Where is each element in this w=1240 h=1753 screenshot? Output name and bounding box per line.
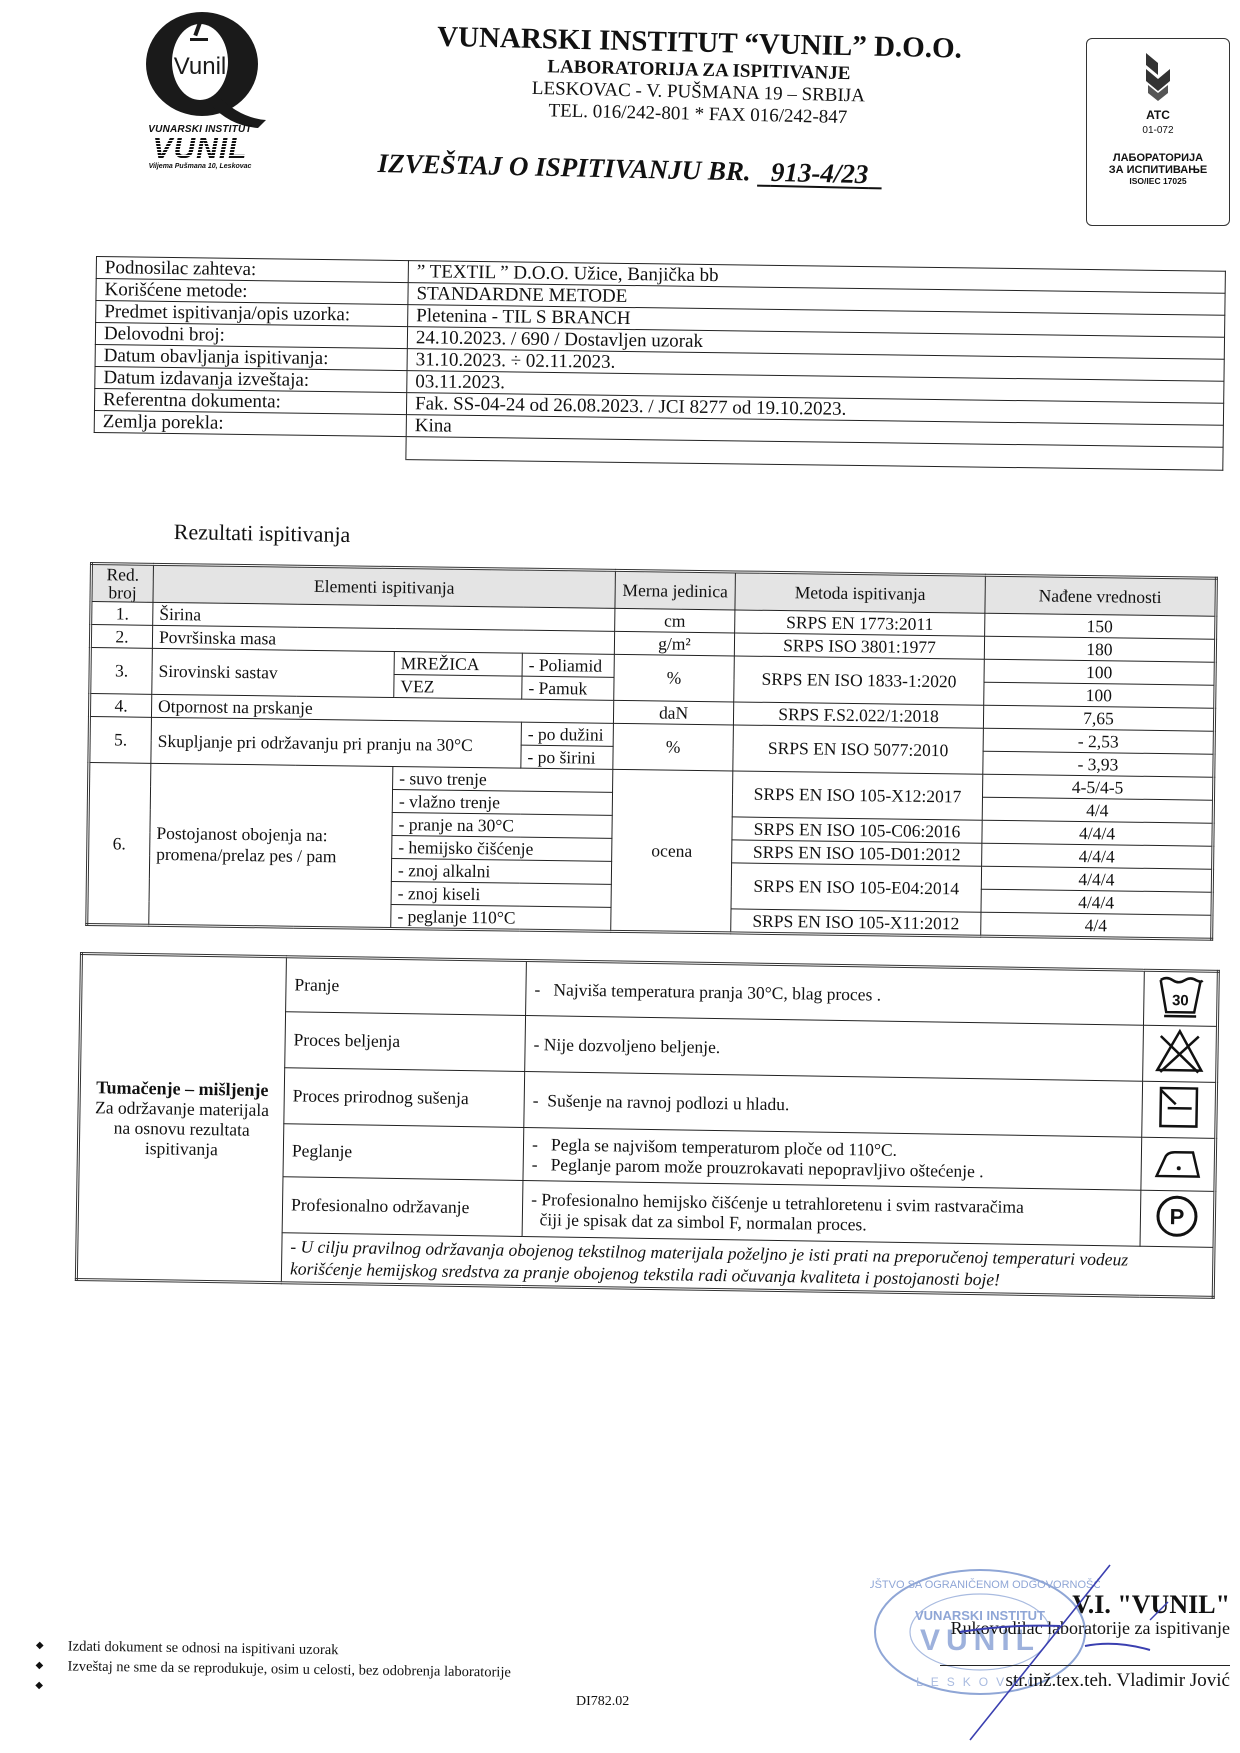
atc-standard: ISO/IEC 17025: [1087, 176, 1229, 186]
svg-text:Vunil: Vunil: [174, 53, 226, 80]
bullet-icon: ◆: [35, 1656, 67, 1676]
accreditation-badge: ATC 01-072 ЛАБОРАТОРИЈА ЗА ИСПИТИВАЊЕ IS…: [1086, 38, 1230, 226]
row-no: 6.: [87, 763, 151, 926]
row-method: SRPS EN ISO 105-C06:2016: [732, 817, 982, 843]
care-text-line: - Sušenje na ravnoj podlozi u hladu.: [533, 1090, 1134, 1119]
report-title-text: IZVEŠTAJ O ISPITIVANJU BR.: [377, 148, 751, 186]
letterhead: VUNARSKI INSTITUT “VUNIL” D.O.O. LABORAT…: [358, 18, 1040, 133]
results-title: Rezultati ispitivanja: [174, 519, 351, 548]
row-value: 7,65: [983, 705, 1214, 731]
row-value: - 2,53: [983, 728, 1214, 754]
header-method: Metoda ispitivanja: [735, 572, 985, 613]
row-no: 2.: [90, 625, 152, 649]
row-method: SRPS EN ISO 105-X12:2017: [732, 771, 983, 820]
dry-flat-shade-icon: [1142, 1081, 1217, 1138]
vunil-q-logo: Vunil: [140, 8, 270, 130]
row-value: 4/4: [981, 912, 1212, 939]
wash-30-icon: 30: [1143, 970, 1218, 1026]
atc-lab-line1: ЛАБОРАТОРИЈА: [1087, 152, 1229, 164]
interpretation-heading: Tumačenje – mišljenjeZa održavanje mater…: [76, 954, 286, 1283]
interpretation-subtitle: Za održavanje materijala na osnovu rezul…: [95, 1097, 269, 1159]
row-subelement: VEZ: [394, 674, 522, 699]
care-text: - Sušenje na ravnoj podlozi u hladu.: [524, 1071, 1143, 1137]
row-method: SRPS EN ISO 105-X11:2012: [731, 909, 981, 936]
row-subelement: - znoj alkalni: [391, 858, 611, 884]
header-unit: Merna jedinica: [615, 570, 735, 610]
atc-logo-icon: [1138, 53, 1178, 101]
row-value: 4/4/4: [982, 820, 1213, 846]
care-row: Tumačenje – mišljenjeZa održavanje mater…: [81, 954, 1219, 1027]
row-subelement: - po dužini: [521, 722, 613, 746]
care-label: Profesionalno održavanje: [282, 1177, 523, 1237]
report-title: IZVEŠTAJ O ISPITIVANJU BR. 913-4/23: [377, 148, 882, 190]
care-text: - Profesionalno hemijsko čišćenje u tetr…: [522, 1180, 1141, 1246]
svg-text:30: 30: [1172, 992, 1189, 1009]
row-method: SRPS EN 1773:2011: [735, 610, 985, 636]
footer-notes: ◆Izdati dokument se odnosi na ispitivani…: [35, 1636, 511, 1703]
interpretation-table: Tumačenje – mišljenjeZa održavanje mater…: [75, 952, 1220, 1299]
atc-lab-line2: ЗА ИСПИТИВАЊЕ: [1087, 164, 1229, 176]
row-value: - 3,93: [983, 751, 1214, 777]
row-method: SRPS EN ISO 105-D01:2012: [732, 840, 982, 866]
row-no: 4.: [89, 694, 151, 718]
interpretation-title: Tumačenje – mišljenje: [96, 1077, 269, 1100]
row-element: Postojanost obojenja na: promena/prelaz …: [149, 763, 393, 928]
row-no: 1.: [91, 602, 153, 626]
care-label: Proces beljenja: [285, 1012, 526, 1072]
handwritten-signature: [950, 1560, 1180, 1750]
header-element: Elementi ispitivanja: [153, 564, 615, 608]
care-label: Peglanje: [283, 1124, 524, 1181]
row-subelement: - vlažno trenje: [392, 789, 612, 815]
row-method: SRPS F.S2.022/1:2018: [733, 702, 983, 728]
care-text-line: - Nije dozvoljeno beljenje.: [533, 1034, 1134, 1063]
professional-cleaning-p-icon: P: [1140, 1190, 1215, 1247]
care-text: - Pegla se najvišom temperaturom ploče o…: [523, 1127, 1142, 1190]
logo-address-text: Viljema Pušmana 10, Leskovac: [120, 163, 280, 170]
row-method: SRPS EN ISO 1833-1:2020: [734, 656, 985, 705]
row-value: 100: [984, 682, 1215, 708]
row-subelement: - po širini: [521, 745, 613, 769]
row-subelement: - suvo trenje: [393, 766, 613, 792]
header-value: Nađene vrednosti: [985, 575, 1216, 616]
bullet-icon: ◆: [35, 1676, 67, 1696]
care-label: Pranje: [286, 957, 527, 1016]
row-subelement: - pranje na 30°C: [392, 812, 612, 838]
care-text: - Nije dozvoljeno beljenje.: [525, 1016, 1144, 1082]
row-no: 3.: [90, 648, 153, 695]
bullet-icon: ◆: [36, 1636, 68, 1656]
row-method: SRPS EN ISO 5077:2010: [733, 725, 984, 774]
care-text-line: - Najviša temperatura pranja 30°C, blag …: [534, 979, 1135, 1008]
row-fiber: - Pamuk: [522, 676, 614, 700]
request-info-table: Podnosilac zahteva:” TEXTIL ” D.O.O. Uži…: [93, 256, 1226, 471]
row-unit: g/m²: [614, 631, 734, 656]
row-subelement: - znoj kiseli: [391, 881, 611, 907]
svg-text:P: P: [1169, 1204, 1184, 1229]
row-unit: %: [614, 654, 735, 702]
care-text: - Najviša temperatura pranja 30°C, blag …: [526, 961, 1145, 1026]
row-subelement: MREŽICA: [394, 651, 522, 676]
row-no: 5.: [89, 717, 152, 764]
iron-low-icon: [1141, 1137, 1216, 1191]
atc-mark: ATC: [1087, 108, 1229, 122]
row-value: 4/4/4: [981, 889, 1212, 915]
row-unit: %: [613, 723, 734, 771]
row-method: SRPS ISO 3801:1977: [734, 633, 984, 659]
row-value: 4/4: [982, 797, 1213, 823]
row-subelement: - hemijsko čišćenje: [392, 835, 612, 861]
row-element: Sirovinski sastav: [152, 648, 395, 697]
row-subelement: - peglanje 110°C: [391, 904, 611, 931]
row-unit: daN: [613, 700, 733, 725]
row-value: 180: [984, 636, 1215, 662]
header-no: Red. broj: [91, 564, 153, 603]
row-value: 4/4/4: [982, 843, 1213, 869]
results-table: Red. broj Elementi ispitivanja Merna jed…: [85, 562, 1218, 941]
row-value: 100: [984, 659, 1215, 685]
report-number: 913-4/23: [771, 157, 869, 189]
row-unit: ocena: [611, 769, 733, 933]
atc-number: 01-072: [1087, 125, 1229, 136]
row-method: SRPS EN ISO 105-E04:2014: [731, 863, 982, 912]
row-value: 4-5/4-5: [983, 774, 1214, 800]
care-label: Proces prirodnog sušenja: [284, 1068, 525, 1128]
row-fiber: - Poliamid: [522, 653, 614, 677]
logo-brand-text: VUNIL: [120, 135, 280, 163]
document-code: DI782.02: [576, 1694, 629, 1710]
row-value: 150: [985, 613, 1216, 639]
no-bleach-icon: [1143, 1025, 1218, 1082]
vunil-wordmark: VUNARSKI INSTITUT VUNIL Viljema Pušmana …: [120, 124, 280, 170]
row-value: 4/4/4: [981, 866, 1212, 892]
row-unit: cm: [615, 608, 735, 633]
row-element: Skupljanje pri održavanju pri pranju na …: [151, 717, 522, 768]
